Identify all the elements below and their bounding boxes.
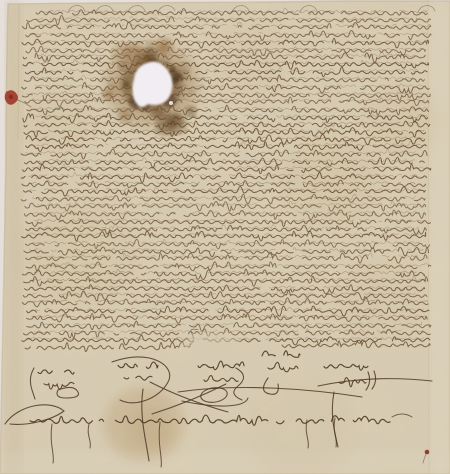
manuscript-drawing (0, 0, 450, 474)
manuscript-scan: Single parchment leaf densely written on… (0, 0, 450, 474)
paper-grain (0, 0, 450, 474)
